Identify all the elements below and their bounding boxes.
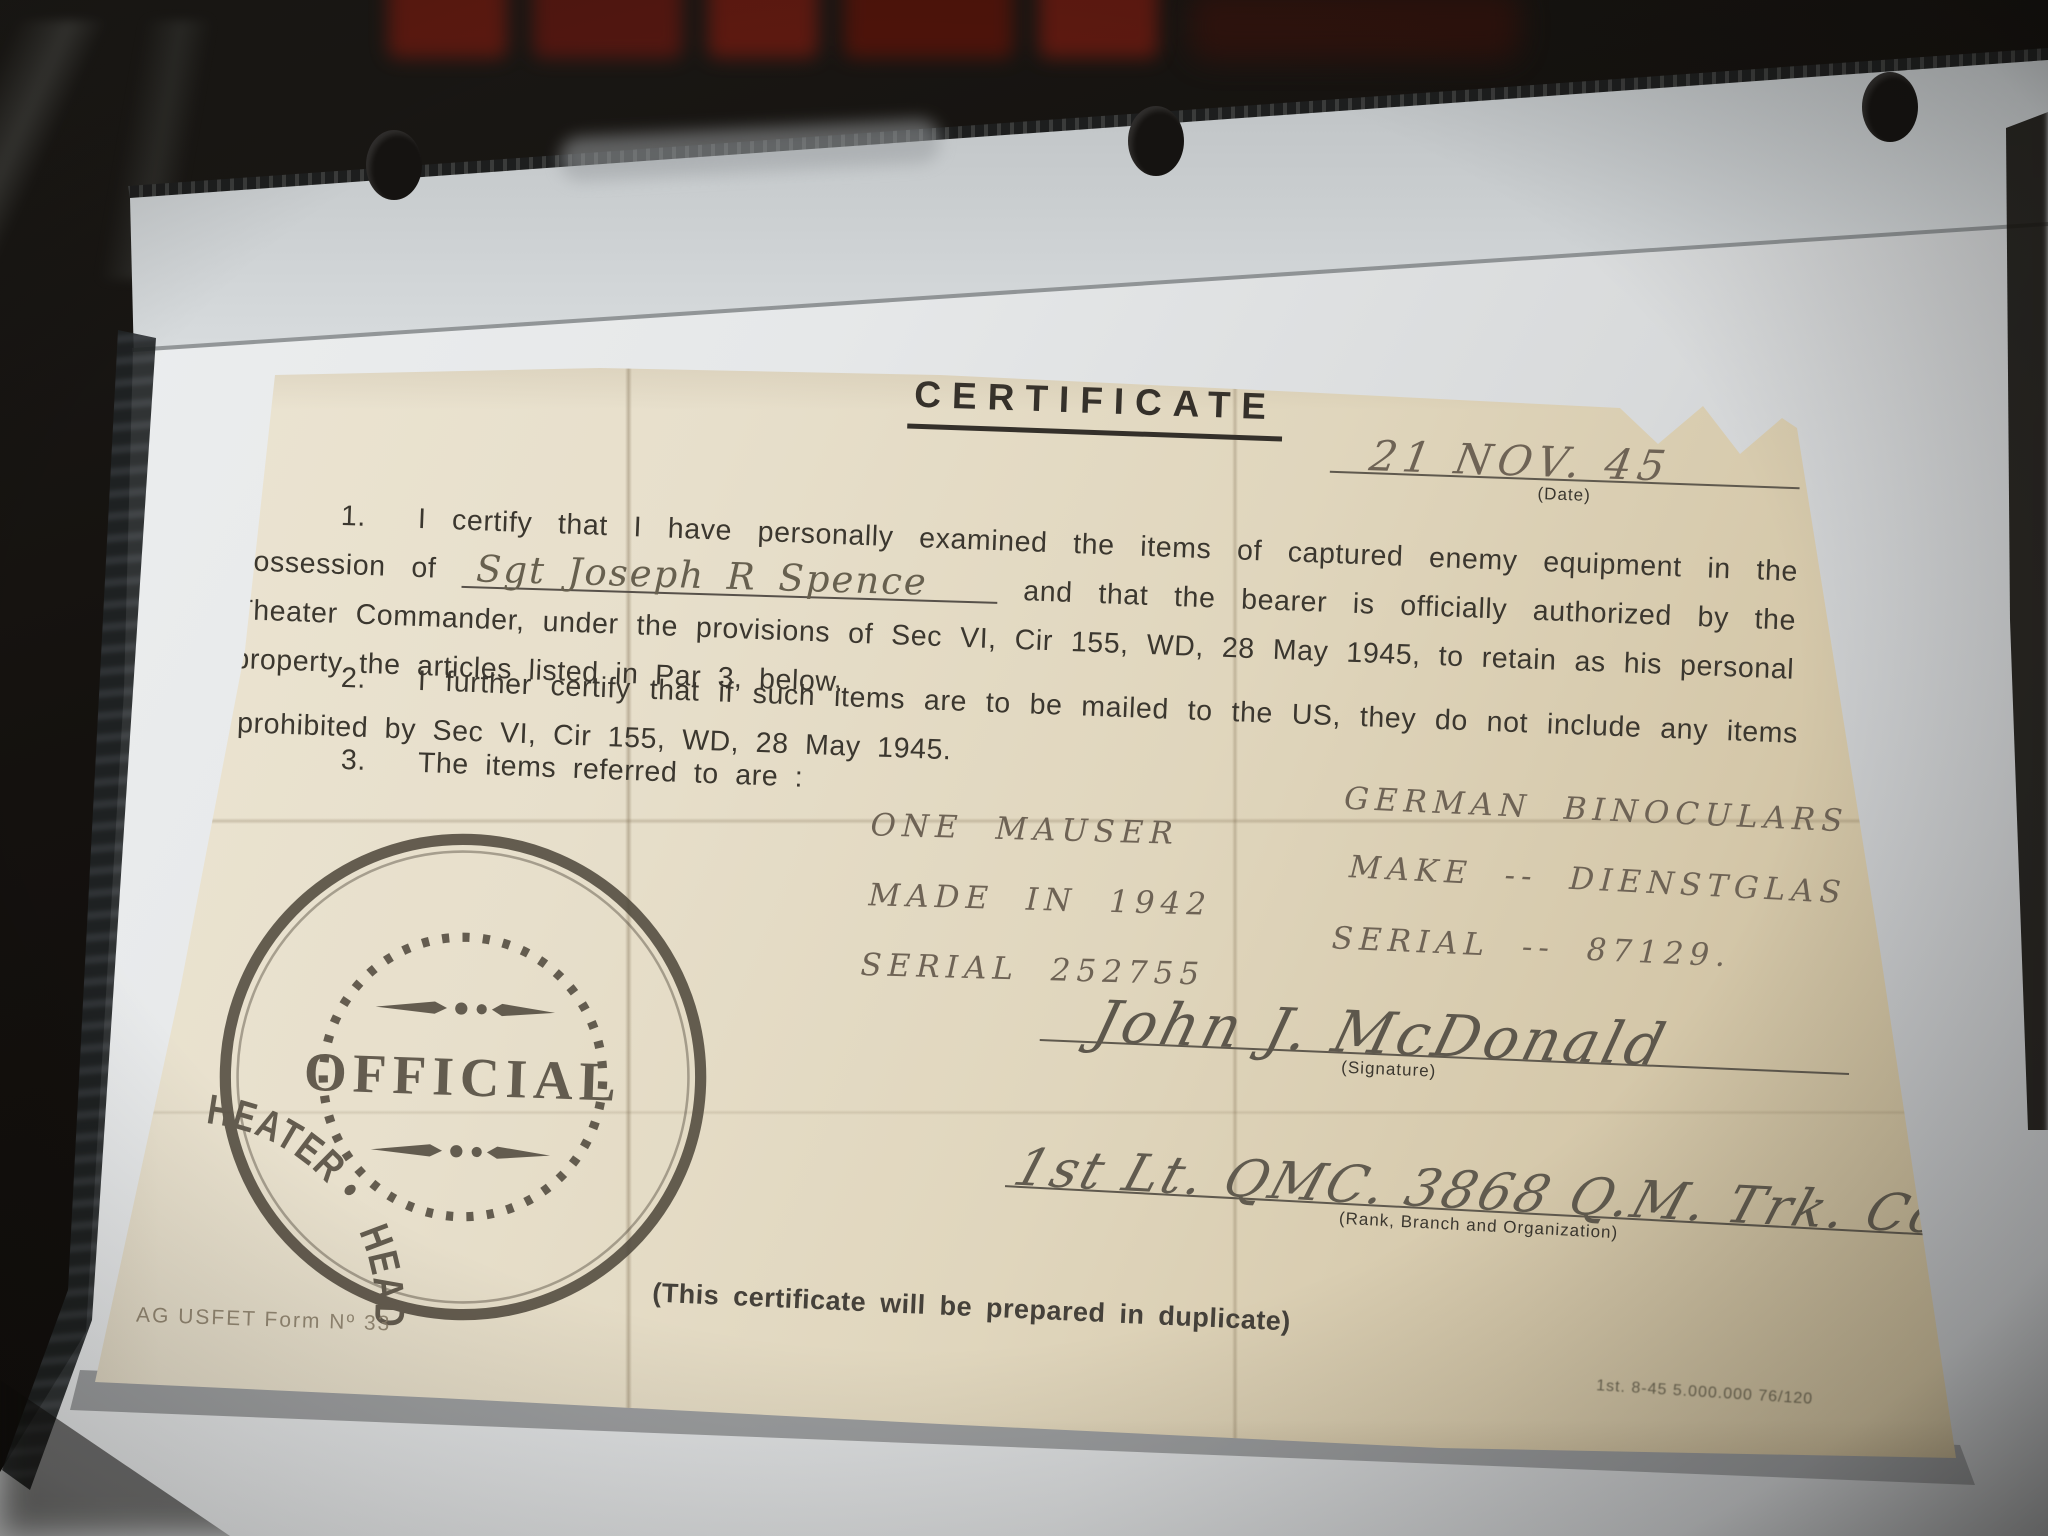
paragraph-1-number: 1. — [340, 492, 367, 542]
item-line: MADE IN 1942 — [868, 877, 1213, 923]
possessor-name-handwriting: Sgt Joseph R Spence — [462, 554, 999, 604]
punch-hole — [1862, 72, 1918, 142]
paragraph-3-number: 3. — [340, 736, 367, 786]
background-red-patch — [1190, 0, 1520, 60]
punch-hole — [1128, 106, 1184, 176]
background-red-sign — [388, 0, 1158, 66]
punch-hole — [366, 130, 422, 200]
rank-field: 1st Lt. QMC. 3868 Q.M. Trk. Co. (Rank, B… — [1004, 1137, 1957, 1261]
stamp-ornament-top — [375, 999, 555, 1017]
stamp-center-text: OFFICIAL — [303, 1041, 623, 1113]
photo-background: CERTIFICATE 21 NOV. 45 (Date) 1.I certif… — [0, 0, 2048, 1536]
duplicate-note: (This certificate will be prepared in du… — [652, 1278, 1292, 1338]
paragraph-2-number: 2. — [340, 654, 367, 704]
print-code: 1st. 8-45 5.000.000 76/120 — [1596, 1377, 1814, 1409]
items-right-column: GERMAN BINOCULARS MAKE -- DIENSTGLAS SER… — [1335, 781, 1849, 1014]
stamp-ornament-bottom — [370, 1142, 550, 1160]
item-line: SERIAL 252755 — [860, 947, 1205, 993]
paragraph-3-text: The items referred to are : — [417, 747, 804, 794]
item-line: SERIAL -- 87129. — [1331, 920, 1837, 979]
certificate-paper: CERTIFICATE 21 NOV. 45 (Date) 1.I certif… — [40, 350, 1980, 1490]
date-field: 21 NOV. 45 (Date) — [1329, 430, 1801, 513]
item-line: MAKE -- DIENSTGLAS — [1348, 849, 1854, 911]
item-line: ONE MAUSER — [870, 807, 1215, 853]
official-stamp: HEADQUARTERS UNITED STATES FORCES EUROPE… — [199, 813, 726, 1340]
